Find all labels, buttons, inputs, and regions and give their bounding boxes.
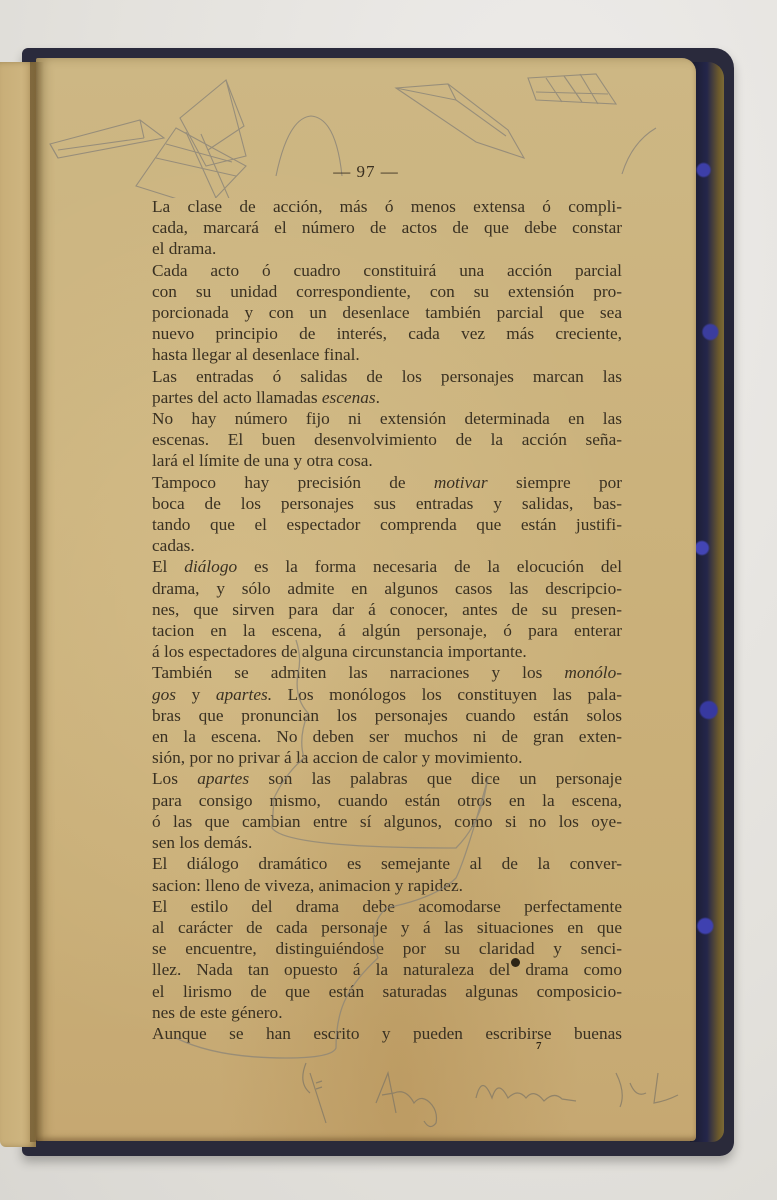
paragraph: También se admiten las narraciones y los… — [122, 662, 622, 768]
text-line: sión, por no privar á la accion de calor… — [122, 747, 622, 768]
text-line: No hay número fijo ni extensión determin… — [122, 408, 622, 429]
paragraph: Cada acto ó cuadro constituirá una acció… — [122, 260, 622, 366]
text-line: nes de este género. — [122, 1002, 622, 1023]
text-line: sacion: lleno de viveza, animacion y rap… — [122, 875, 622, 896]
text-line: nes, que sirven para dar á conocer, ante… — [122, 599, 622, 620]
text-line: drama, y sólo admite en algunos casos la… — [122, 578, 622, 599]
paragraph: El estilo del drama debe acomodarse perf… — [122, 896, 622, 1023]
text-line: cada, marcará el número de actos de que … — [122, 217, 622, 238]
handwritten-signature — [286, 1043, 706, 1133]
paragraph: El diálogo dramático es semejante al de … — [122, 853, 622, 895]
text-line: á los espectadores de alguna circunstanc… — [122, 641, 622, 662]
prism-sketch-right — [528, 74, 616, 104]
text-line: ó las que cambian entre sí algunos, como… — [122, 811, 622, 832]
text-line: Cada acto ó cuadro constituirá una acció… — [122, 260, 622, 281]
text-line: También se admiten las narraciones y los… — [122, 662, 622, 683]
text-line: con su unidad correspondiente, con su ex… — [122, 281, 622, 302]
paragraph: No hay número fijo ni extensión determin… — [122, 408, 622, 472]
paragraph: Tampoco hay precisión de motivar siempre… — [122, 472, 622, 557]
prism-sketch-left — [50, 120, 164, 158]
text-line: Los apartes son las palabras que dice un… — [122, 768, 622, 789]
text-line: El diálogo es la forma necesaria de la e… — [122, 556, 622, 577]
text-line: en la escena. No deben ser muchos ni de … — [122, 726, 622, 747]
text-line: Tampoco hay precisión de motivar siempre… — [122, 472, 622, 493]
text-line: gos y apartes. Los monólogos los constit… — [122, 684, 622, 705]
text-line: escenas. El buen desenvolvimiento de la … — [122, 429, 622, 450]
book-page: — 97 — La clase de acción, más ó menos e… — [36, 58, 696, 1141]
text-line: se encuentre, distinguiéndose por su cla… — [122, 938, 622, 959]
body-text: La clase de acción, más ó menos extensa … — [122, 196, 622, 1044]
spine-shadow — [30, 62, 44, 1142]
paragraph: Aunque se han escrito y pueden escribirs… — [122, 1023, 622, 1044]
page-number: — 97 — — [36, 162, 696, 182]
text-line: porcionada y con un desenlace también pa… — [122, 302, 622, 323]
prism-sketch-center — [396, 84, 524, 158]
text-line: tacion en la escena, á algún personaje, … — [122, 620, 622, 641]
paragraph: El diálogo es la forma necesaria de la e… — [122, 556, 622, 662]
text-line: el drama. — [122, 238, 622, 259]
text-line: bras que pronuncian los personajes cuand… — [122, 705, 622, 726]
text-line: La clase de acción, más ó menos extensa … — [122, 196, 622, 217]
text-line: el lirismo de que están saturadas alguna… — [122, 981, 622, 1002]
paragraph: La clase de acción, más ó menos extensa … — [122, 196, 622, 260]
text-line: para consigo mismo, cuando están otros e… — [122, 790, 622, 811]
paragraph: Las entradas ó salidas de los personajes… — [122, 366, 622, 408]
text-line: sen los demás. — [122, 832, 622, 853]
text-line: boca de los personajes sus entradas y sa… — [122, 493, 622, 514]
text-line: tando que el espectador comprenda que es… — [122, 514, 622, 535]
text-line: llez. Nada tan opuesto á la naturaleza d… — [122, 959, 622, 980]
text-line: Las entradas ó salidas de los personajes… — [122, 366, 622, 387]
text-line: cadas. — [122, 535, 622, 556]
text-line: El estilo del drama debe acomodarse perf… — [122, 896, 622, 917]
text-line: hasta llegar al desenlace final. — [122, 344, 622, 365]
paragraph: Los apartes son las palabras que dice un… — [122, 768, 622, 853]
text-line: lará el límite de una y otra cosa. — [122, 450, 622, 471]
ink-blot — [511, 958, 520, 967]
text-line: al carácter de cada personaje y á las si… — [122, 917, 622, 938]
text-line: partes del acto llamadas escenas. — [122, 387, 622, 408]
text-line: El diálogo dramático es semejante al de … — [122, 853, 622, 874]
text-line: Aunque se han escrito y pueden escribirs… — [122, 1023, 622, 1044]
text-line: nuevo principio de interés, cada vez más… — [122, 323, 622, 344]
